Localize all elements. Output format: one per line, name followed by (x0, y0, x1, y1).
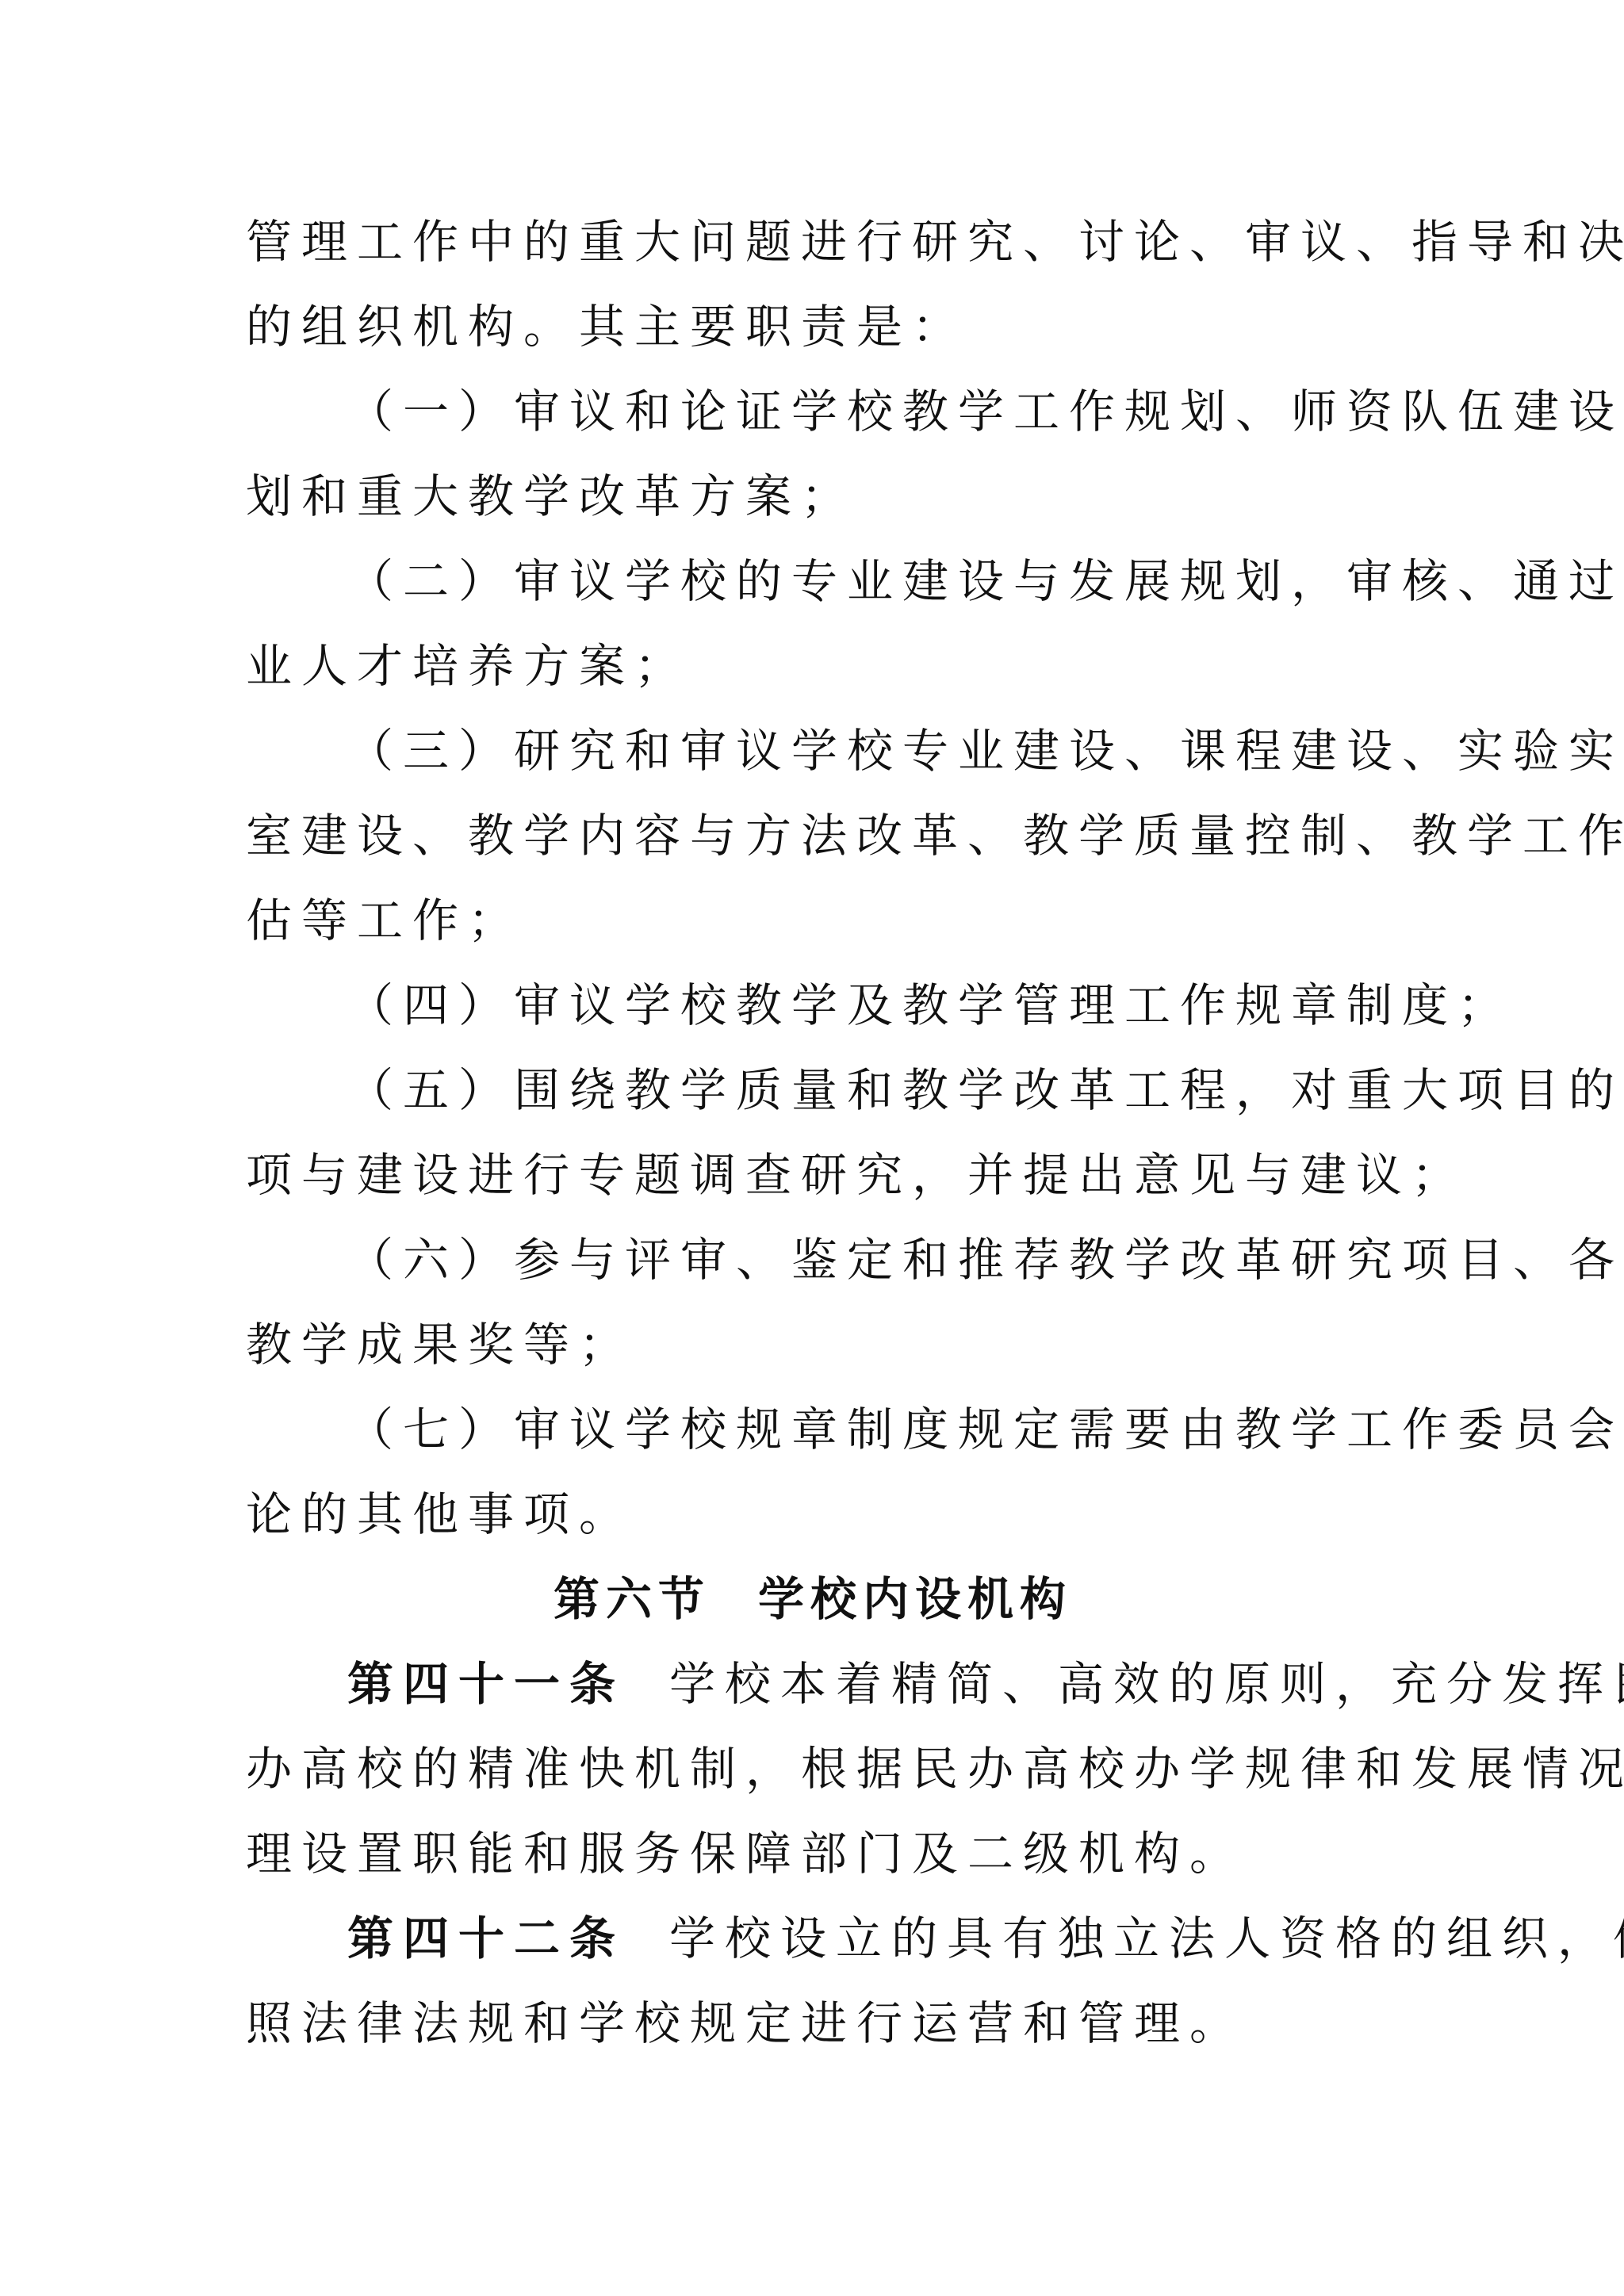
text-line: 理设置职能和服务保障部门及二级机构。 (246, 1812, 1380, 1896)
text-line: 办高校的精准快机制，根据民办高校办学规律和发展情况合 (246, 1727, 1380, 1812)
duty-item-1: （一）审议和论证学校教学工作规划、师资队伍建设规 (246, 369, 1380, 454)
text-line: 估等工作； (246, 878, 1380, 963)
duty-item-7: （七）审议学校规章制度规定需要由教学工作委员会讨 (246, 1387, 1380, 1472)
duty-item-4: （四）审议学校教学及教学管理工作规章制度； (246, 963, 1380, 1048)
text-line: 管理工作中的重大问题进行研究、讨论、审议、指导和决策 (246, 200, 1380, 285)
text-line: 论的其他事项。 (246, 1472, 1380, 1557)
article-label: 第四十一条 (347, 1657, 625, 1711)
text-line: 项与建设进行专题调查研究，并提出意见与建议； (246, 1133, 1380, 1218)
section-heading: 第六节学校内设机构 (246, 1557, 1380, 1642)
text-line: 的组织机构。其主要职责是： (246, 285, 1380, 369)
duty-item-5: （五）围绕教学质量和教学改革工程，对重大项目的立 (246, 1048, 1380, 1133)
article-label: 第四十二条 (347, 1911, 625, 1965)
text-line: 照法律法规和学校规定进行运营和管理。 (246, 1981, 1380, 2066)
article-text: 学校设立的具有独立法人资格的组织，依 (669, 1911, 1624, 1965)
article-42: 第四十二条学校设立的具有独立法人资格的组织，依 (246, 1896, 1380, 1981)
article-41: 第四十一条学校本着精简、高效的原则，充分发挥民 (246, 1642, 1380, 1727)
section-title: 学校内设机构 (758, 1572, 1072, 1626)
article-text: 学校本着精简、高效的原则，充分发挥民 (669, 1657, 1624, 1711)
text-line: 教学成果奖等； (246, 1303, 1380, 1387)
duty-item-3: （三）研究和审议学校专业建设、课程建设、实验实训 (246, 709, 1380, 794)
text-line: 业人才培养方案； (246, 624, 1380, 709)
section-number: 第六节 (553, 1572, 710, 1626)
duty-item-6: （六）参与评审、鉴定和推荐教学改革研究项目、各类 (246, 1218, 1380, 1303)
text-line: 室建设、教学内容与方法改革、教学质量控制、教学工作评 (246, 794, 1380, 878)
document-page: 管理工作中的重大问题进行研究、讨论、审议、指导和决策 的组织机构。其主要职责是：… (246, 200, 1380, 2066)
duty-item-2: （二）审议学校的专业建设与发展规划，审核、通过专 (246, 539, 1380, 624)
text-line: 划和重大教学改革方案； (246, 454, 1380, 539)
